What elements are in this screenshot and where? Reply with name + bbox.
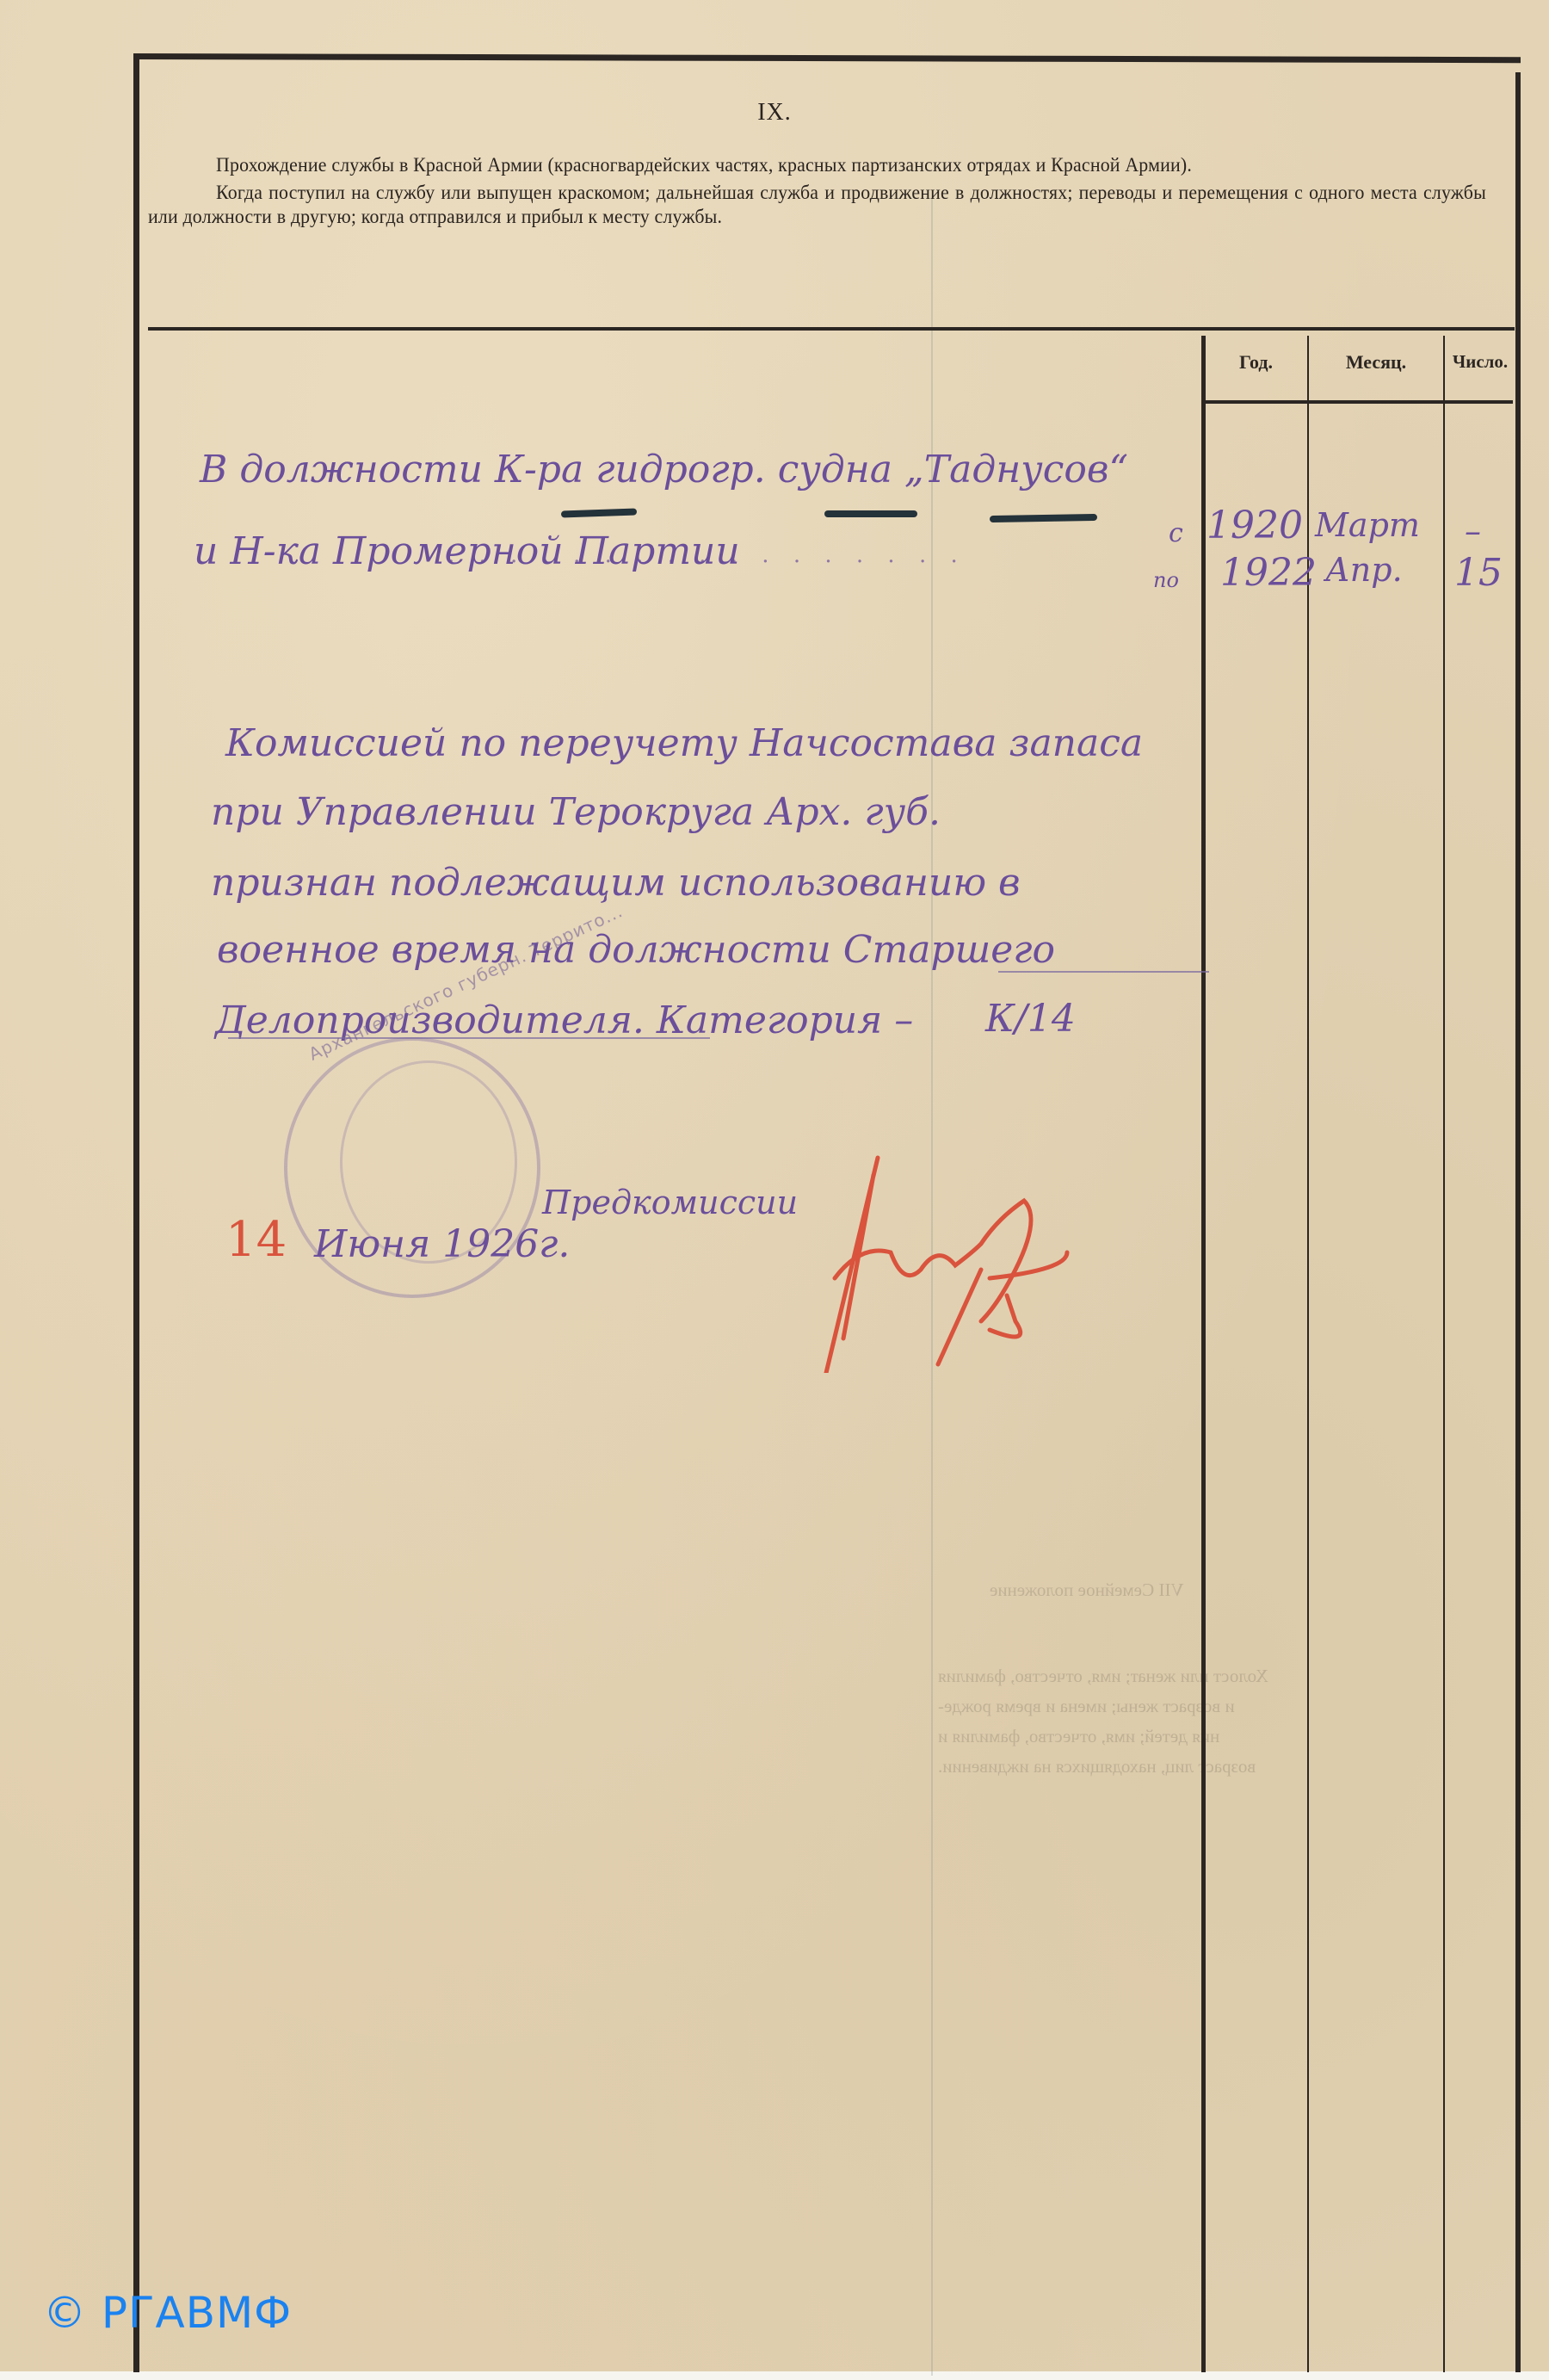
from-day: – — [1465, 512, 1481, 550]
certification-line-1: Комиссией по переучету Начсостава запаса — [225, 721, 1143, 765]
ink-underline — [561, 508, 637, 517]
certification-line-2: при Управлении Терокруга Арх. губ. — [211, 790, 941, 834]
dot-leader: . . . . . . . . . . . . . . . . . — [447, 542, 966, 568]
chairman-label: Предкомиссии — [542, 1184, 798, 1221]
to-year: 1922 — [1220, 551, 1317, 595]
column-header-month: Месяц. — [1309, 351, 1443, 374]
frame-right-border — [1515, 72, 1521, 2372]
ghost-text: Холост или женат; имя, отчество, фамилия — [938, 1666, 1268, 1687]
date-day: 14 — [225, 1212, 287, 1268]
paper-bottom-edge — [0, 2371, 1549, 2380]
from-label: с — [1169, 518, 1183, 548]
to-month: Апр. — [1325, 551, 1403, 589]
date-month-year: Июня 1926г. — [314, 1222, 570, 1266]
red-signature-icon — [809, 1149, 1084, 1373]
section-number: IX. — [0, 99, 1549, 127]
archive-watermark: © РГАВМФ — [43, 2288, 292, 2338]
ink-underline — [990, 514, 1097, 522]
instruction-paragraph: Когда поступил на службу или выпущен кра… — [148, 181, 1486, 229]
service-entry-line-1: В должности К-ра гидрогр. судна „Таднусо… — [200, 448, 1128, 491]
category-value: К/14 — [985, 997, 1076, 1041]
section-instructions: Прохождение службы в Красной Армии (крас… — [148, 153, 1486, 232]
ghost-text: и возраст жены; имена и время рожде- — [938, 1696, 1235, 1717]
frame-left-border — [133, 55, 139, 2372]
to-label: по — [1153, 568, 1179, 592]
ghost-text: ния детей; имя, отчество, фамилия и — [938, 1726, 1219, 1747]
certification-line-3: признан подлежащим использованию в — [211, 861, 1021, 905]
ink-underline — [824, 510, 917, 517]
ghost-text: VII Семейное положение — [990, 1579, 1184, 1601]
column-divider-main — [1201, 336, 1206, 2372]
from-month: Март — [1315, 506, 1420, 544]
column-divider-year-month — [1307, 336, 1309, 2372]
certification-line-4: военное время на должности Старшего — [217, 928, 1055, 972]
pencil-underline — [998, 971, 1209, 973]
to-day: 15 — [1454, 551, 1503, 595]
column-divider-month-day — [1443, 336, 1445, 2372]
frame-top-border — [133, 53, 1521, 63]
instruction-paragraph: Прохождение службы в Красной Армии (крас… — [148, 153, 1486, 177]
column-header-day: Число. — [1445, 351, 1515, 373]
certification-line-5: Делопроизводителя. Категория – — [215, 998, 913, 1042]
pencil-underline — [228, 1037, 710, 1039]
column-header-rule — [1205, 400, 1513, 404]
from-year: 1920 — [1206, 504, 1303, 547]
ghost-text: возраст лиц, находящихся на иждивении. — [938, 1756, 1256, 1777]
header-divider — [148, 327, 1515, 331]
column-header-year: Год. — [1205, 351, 1307, 374]
